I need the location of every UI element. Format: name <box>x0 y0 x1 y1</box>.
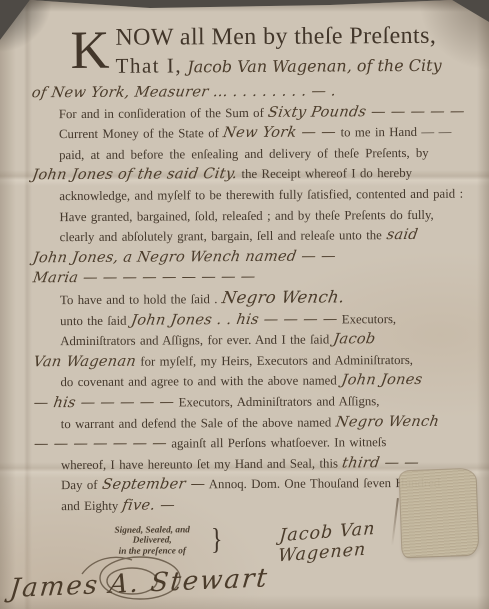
handwritten-text: Negro Wench <box>334 412 440 432</box>
printed-text: againſt all Perſons whatſoever. In witne… <box>167 435 386 450</box>
document-line: do covenant and agree to and with the ab… <box>60 370 463 393</box>
handwritten-text: Negro Wench. <box>220 287 346 307</box>
handwritten-text: — his — — — — — <box>32 393 176 413</box>
handwritten-text: Maria — — — — — — — — — <box>31 268 257 289</box>
printed-text: Current Money of the State of <box>59 126 223 141</box>
printed-text: To have and to hold the ſaid . <box>60 292 222 307</box>
handwritten-text: said <box>385 226 419 246</box>
printed-text: That I, <box>115 53 182 77</box>
handwritten-text: Sixty Pounds — — — — — <box>267 102 467 123</box>
document-line: — his — — — — — Executors, Adminiſtrator… <box>34 391 464 414</box>
printed-text: to warrant and defend the Sale of the ab… <box>61 415 336 431</box>
curly-brace: } <box>211 524 223 558</box>
printed-text: acknowledge, and myſelf to be therewith … <box>59 187 463 203</box>
printed-text: paid, at and before the enſealing and de… <box>59 146 429 162</box>
handwritten-text: September — <box>100 476 206 496</box>
document-body: of New York, Measurer ... . . . . . . . … <box>59 81 465 517</box>
printed-text: and Eighty <box>61 499 122 513</box>
printed-text: whereof, I have hereunto ſet my Hand and… <box>61 456 342 472</box>
handwritten-text: John Jones of the said City. <box>31 165 239 186</box>
document-title: K NOW all Men by theſe Preſents, That I,… <box>58 23 461 79</box>
printed-text: For and in conſideration of the Sum of <box>59 105 268 120</box>
printed-text: the Receipt whereof I do hereby <box>237 166 412 181</box>
printed-text: unto the ſaid <box>60 313 131 327</box>
printed-text: clearly and abſolutely grant, bargain, ſ… <box>60 228 387 244</box>
printed-text: Have granted, bargained, ſold, releaſed … <box>59 207 433 223</box>
title-line-2: That I, Jacob Van Wagenan, of the City <box>58 52 461 79</box>
repair-patch <box>400 469 479 558</box>
printed-text: for myſelf, my Heirs, Executors and Admi… <box>136 353 413 369</box>
document-line: acknowledge, and myſelf to be therewith … <box>59 184 462 207</box>
document-line: To have and to hold the ſaid . Negro Wen… <box>60 287 463 311</box>
printed-text: Day of <box>61 478 102 492</box>
document-line: John Jones of the said City. the Receipt… <box>32 163 462 186</box>
document-line: Van Wagenan for myſelf, my Heirs, Execut… <box>33 349 463 372</box>
attestation-line-1: Signed, Sealed, and Delivered, <box>95 525 209 547</box>
printed-text: to me in Hand — — <box>336 125 451 140</box>
printed-text: Executors, Adminiſtrators and Aſſigns, <box>174 394 379 409</box>
document-line: of New York, Measurer ... . . . . . . . … <box>32 81 462 104</box>
document-line: to warrant and defend the Sale of the ab… <box>61 411 464 434</box>
document-line: Adminiſtrators and Aſſigns, for ever. An… <box>60 329 463 352</box>
handwritten-text: John Jones <box>340 371 424 391</box>
document-line: John Jones, a Negro Wench named — — <box>33 245 463 268</box>
scanned-document: K NOW all Men by theſe Preſents, That I,… <box>0 0 489 609</box>
printed-text: Executors, <box>337 312 396 326</box>
handwritten-text: of New York, Measurer ... . . . . . . . … <box>30 82 337 103</box>
title-line-1: NOW all Men by theſe Preſents, <box>58 23 461 52</box>
signature-flourish <box>74 548 204 608</box>
paper: K NOW all Men by theſe Preſents, That I,… <box>0 0 489 609</box>
document-line: clearly and abſolutely grant, bargain, ſ… <box>60 225 463 248</box>
document-line: For and in conſideration of the Sum of S… <box>59 101 462 124</box>
document-line: Maria — — — — — — — — — <box>33 266 463 289</box>
handwritten-text: Jacob <box>332 330 377 350</box>
document-line: paid, at and before the enſealing and de… <box>59 142 462 165</box>
handwritten-text: — — — — — — — <box>32 435 168 455</box>
handwritten-text: New York — — <box>222 124 338 144</box>
document-line: unto the ſaid John Jones . . his — — — —… <box>60 308 463 331</box>
handwritten-text: Van Wagenan <box>32 352 137 372</box>
handwritten-text: John Jones . . his — — — — <box>129 310 338 331</box>
handwritten-text: John Jones, a Negro Wench named — — <box>31 247 337 268</box>
drop-cap: K <box>70 27 109 73</box>
document-line: Have granted, bargained, ſold, releaſed … <box>59 204 462 227</box>
document-line: Current Money of the State of New York —… <box>59 122 462 145</box>
handwritten-text: five. — <box>121 496 177 516</box>
document-line: — — — — — — — againſt all Perſons whatſo… <box>34 432 464 455</box>
handwritten-text: Jacob Van Wagenan, of the City <box>187 56 441 77</box>
printed-text: do covenant and agree to and with the ab… <box>60 374 341 390</box>
printed-text: Adminiſtrators and Aſſigns, for ever. An… <box>60 333 334 349</box>
